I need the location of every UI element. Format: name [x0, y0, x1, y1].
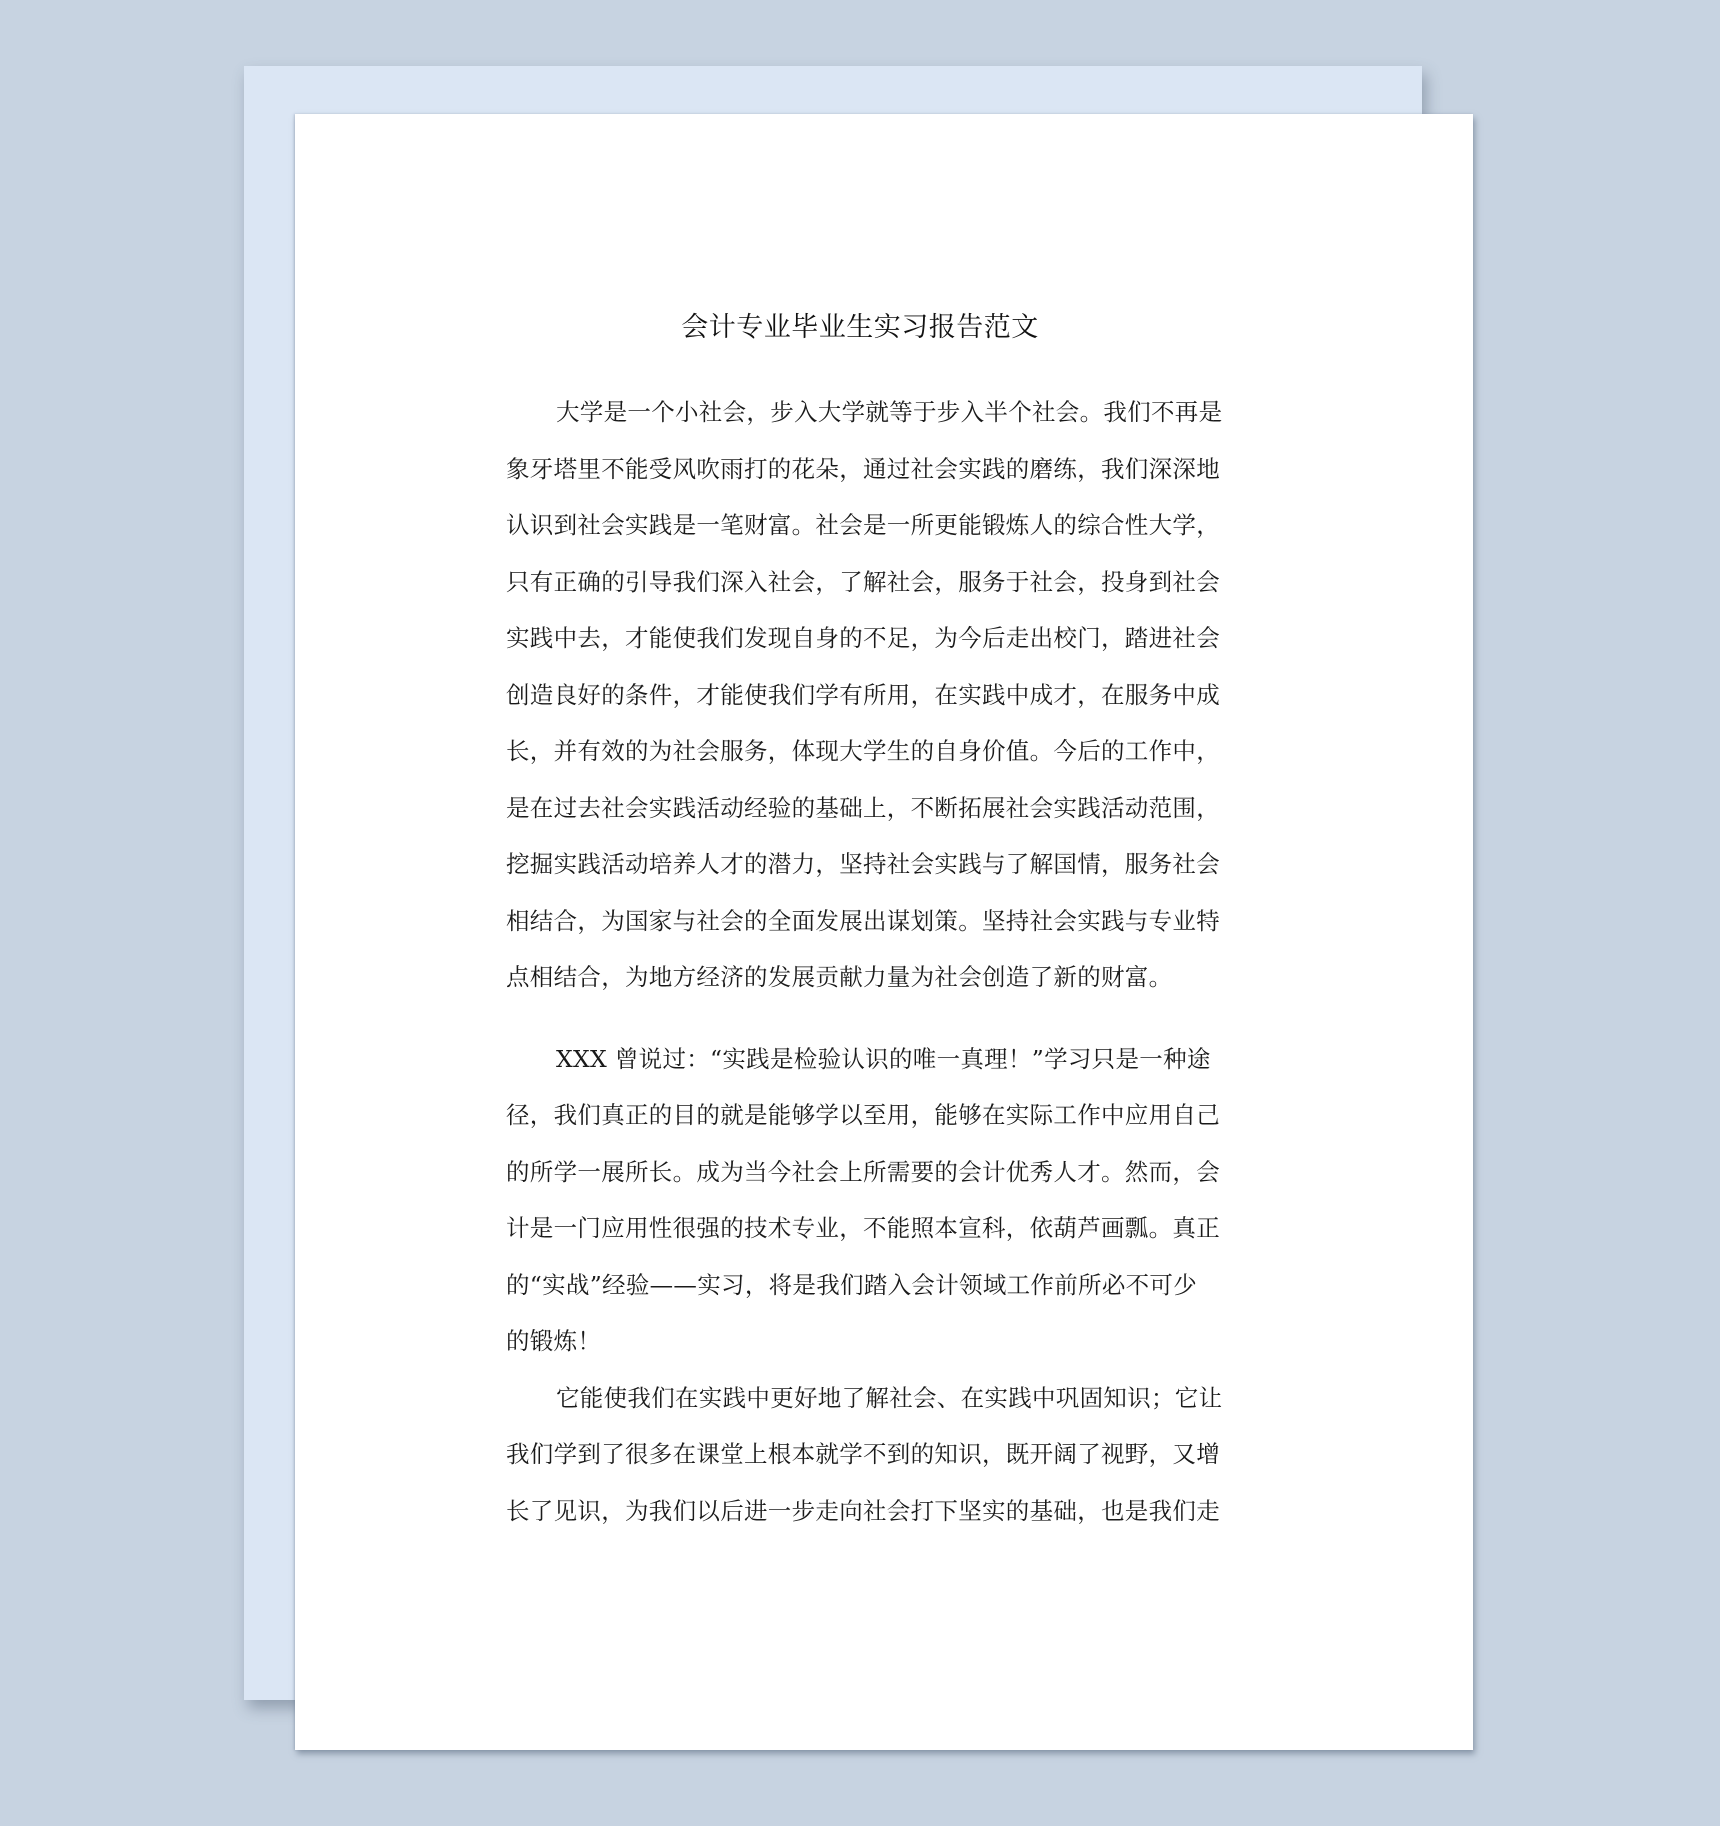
- text-line: 象牙塔里不能受风吹雨打的花朵，通过社会实践的磨练，我们深深地: [506, 441, 1258, 498]
- paragraph-spacer: [506, 1006, 1258, 1031]
- text-line: 点相结合，为地方经济的发展贡献力量为社会创造了新的财富。: [506, 949, 1258, 1006]
- text-line: 认识到社会实践是一笔财富。社会是一所更能锻炼人的综合性大学，: [506, 497, 1258, 554]
- text-line: 创造良好的条件，才能使我们学有所用，在实践中成才，在服务中成: [506, 667, 1258, 724]
- text-line: 是在过去社会实践活动经验的基础上，不断拓展社会实践活动范围，: [506, 780, 1258, 837]
- text-line: 计是一门应用性很强的技术专业，不能照本宣科，依葫芦画瓢。真正: [506, 1200, 1258, 1257]
- text-line: 长，并有效的为社会服务，体现大学生的自身价值。今后的工作中，: [506, 723, 1258, 780]
- text-line: 大学是一个小社会，步入大学就等于步入半个社会。我们不再是: [506, 384, 1258, 441]
- text-line: 相结合，为国家与社会的全面发展出谋划策。坚持社会实践与专业特: [506, 893, 1258, 950]
- text-line: 径，我们真正的目的就是能够学以至用，能够在实际工作中应用自己: [506, 1087, 1258, 1144]
- text-line: 长了见识，为我们以后进一步走向社会打下坚实的基础，也是我们走: [506, 1483, 1258, 1540]
- text-line: 的锻炼！: [506, 1313, 1258, 1370]
- document-body: 大学是一个小社会，步入大学就等于步入半个社会。我们不再是 象牙塔里不能受风吹雨打…: [506, 384, 1258, 1539]
- text-line: 只有正确的引导我们深入社会，了解社会，服务于社会，投身到社会: [506, 554, 1258, 611]
- text-line: 的“实战”经验——实习，将是我们踏入会计领域工作前所必不可少: [506, 1257, 1258, 1314]
- document-title: 会计专业毕业生实习报告范文: [0, 308, 1720, 348]
- paragraph-3: 它能使我们在实践中更好地了解社会、在实践中巩固知识；它让 我们学到了很多在课堂上…: [506, 1370, 1258, 1540]
- text-line: 它能使我们在实践中更好地了解社会、在实践中巩固知识；它让: [506, 1370, 1258, 1427]
- text-line: 的所学一展所长。成为当今社会上所需要的会计优秀人才。然而，会: [506, 1144, 1258, 1201]
- paragraph-2: XXX 曾说过：“实践是检验认识的唯一真理！”学习只是一种途 径，我们真正的目的…: [506, 1031, 1258, 1370]
- text-line: 我们学到了很多在课堂上根本就学不到的知识，既开阔了视野，又增: [506, 1426, 1258, 1483]
- text-line: 挖掘实践活动培养人才的潜力，坚持社会实践与了解国情，服务社会: [506, 836, 1258, 893]
- text-line: 实践中去，才能使我们发现自身的不足，为今后走出校门，踏进社会: [506, 610, 1258, 667]
- paragraph-1: 大学是一个小社会，步入大学就等于步入半个社会。我们不再是 象牙塔里不能受风吹雨打…: [506, 384, 1258, 1006]
- text-line: XXX 曾说过：“实践是检验认识的唯一真理！”学习只是一种途: [506, 1031, 1258, 1088]
